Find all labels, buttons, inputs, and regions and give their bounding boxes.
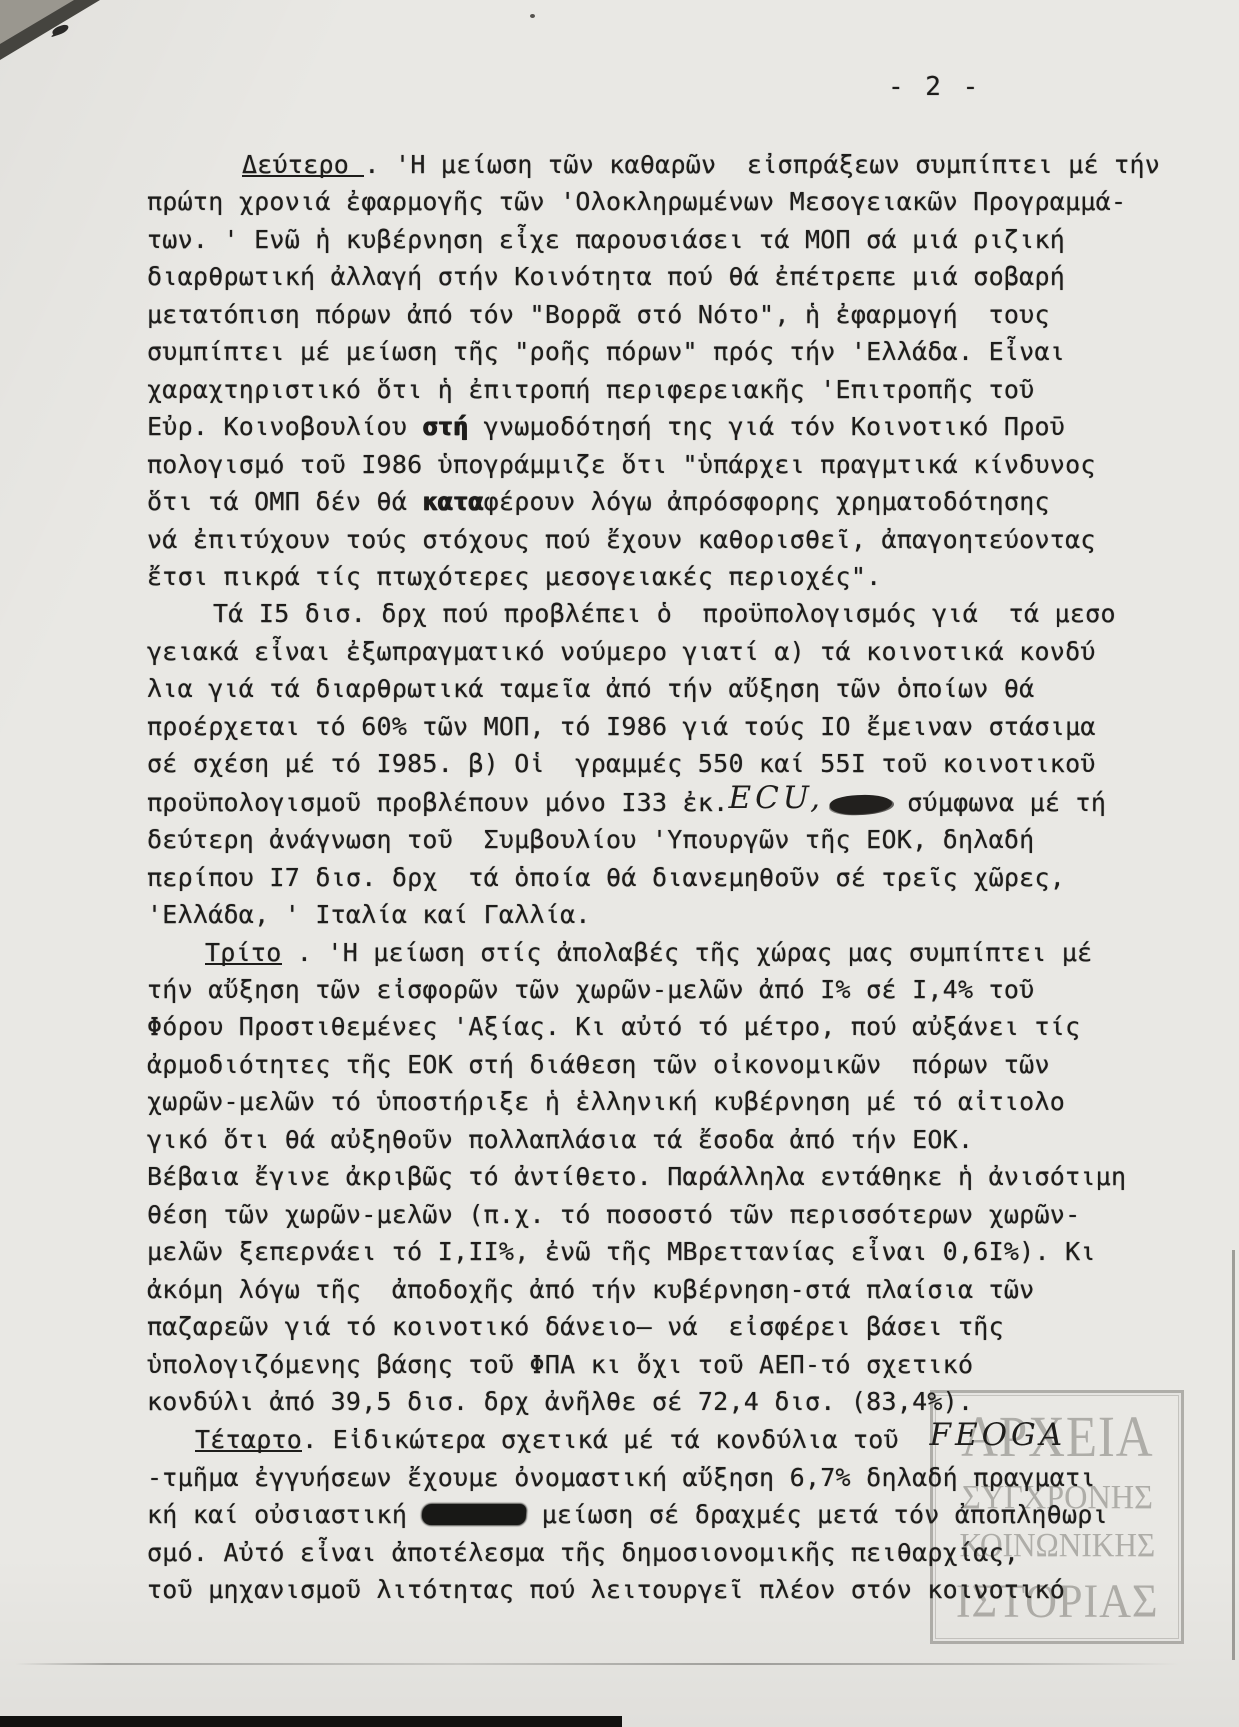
- typewritten-text: γειακά εἶναι ἐξωπραγματικό νούμερο γιατί…: [147, 637, 1096, 666]
- typewritten-text: ἀρμοδιότητες τῆς ΕΟΚ στή διάθεση τῶν οἰκ…: [147, 1050, 1050, 1079]
- overstruck-word: στή: [422, 412, 468, 441]
- typewritten-text: φέρουν λόγω ἀπρόσφορης χρηματοδότησης: [484, 487, 1050, 516]
- underlined-heading-word: Τρίτο: [205, 938, 282, 967]
- typewritten-text: των. ' Ενῶ ἡ κυβέρνηση εἶχε παρουσιάσει …: [147, 225, 1065, 254]
- text-line: σέ σχέση μέ τό Ι985. β) Οἱ γραμμές 550 κ…: [147, 745, 1207, 782]
- typewritten-text: νά ἐπιτύχουν τούς στόχους πού ἔχουν καθο…: [147, 525, 1096, 554]
- handwritten-annotation: FEOGA: [929, 1417, 1066, 1453]
- typewritten-text: Βέβαια ἔγινε ἀκριβῶς τό ἀντίθετο. Παράλλ…: [147, 1162, 1126, 1191]
- typewritten-text: κονδύλι ἀπό 39,5 δισ. δρχ ἀνῆλθε σέ 72,4…: [147, 1387, 973, 1416]
- typewritten-text: δεύτερη ἀνάγνωση τοῦ Συμβουλίου 'Υπουργῶ…: [147, 825, 1034, 854]
- text-line: γικό ὅτι θά αὐξηθοῦν πολλαπλάσια τά ἔσοδ…: [147, 1121, 1207, 1158]
- text-line: πολογισμό τοῦ Ι986 ὑπογράμμιζε ὅτι "ὑπάρ…: [147, 446, 1207, 483]
- typewritten-text: χωρῶν-μελῶν τό ὑποστήριξε ἡ ἑλληνική κυβ…: [147, 1087, 1065, 1116]
- text-line: προϋπολογισμοῦ προβλέπουν μόνο Ι33 ἐκ.EC…: [147, 783, 1207, 821]
- text-line: γειακά εἶναι ἐξωπραγματικό νούμερο γιατί…: [147, 633, 1207, 670]
- typewritten-text: γικό ὅτι θά αὐξηθοῦν πολλαπλάσια τά ἔσοδ…: [147, 1125, 973, 1154]
- typewritten-text: ὅτι τά ΟΜΠ δέν θά: [147, 487, 422, 516]
- typewritten-text: τοῦ μηχανισμοῦ λιτότητας πού λειτουργεῖ …: [147, 1575, 1065, 1604]
- typewritten-text: . Εἰδικώτερα σχετικά μέ τά κονδύλια τοῦ: [302, 1425, 929, 1454]
- typewritten-text: σέ σχέση μέ τό Ι985. β) Οἱ γραμμές 550 κ…: [147, 749, 1096, 778]
- underlined-heading-word: Τέταρτο: [195, 1425, 302, 1454]
- typewritten-text: 'Ελλάδα, ' Ιταλία καί Γαλλία.: [147, 900, 591, 929]
- underlined-heading-word: Δεύτερο: [242, 150, 364, 179]
- text-line: διαρθρωτική ἀλλαγή στήν Κοινότητα πού θά…: [147, 258, 1207, 295]
- scan-edge-bar: [0, 1716, 622, 1727]
- typewritten-text: -τμῆμα ἐγγυήσεων ἔχουμε ὀνομαστική αὔξησ…: [147, 1463, 1096, 1492]
- text-line: ὑπολογιζόμενης βάσης τοῦ ΦΠΑ κι ὄχι τοῦ …: [147, 1346, 1207, 1383]
- text-line: Εὐρ. Κοινοβουλίου στή γνωμοδότησή της γι…: [147, 408, 1207, 445]
- typewritten-text: ἔτσι πικρά τίς πτωχότερες μεσογειακές πε…: [147, 562, 881, 591]
- text-line: 'Ελλάδα, ' Ιταλία καί Γαλλία.: [147, 896, 1207, 933]
- text-line: Τά Ι5 δισ. δρχ πού προβλέπει ὁ προϋπολογ…: [147, 595, 1207, 632]
- text-line: Φόρου Προστιθεμένες 'Αξίας. Κι αὐτό τό μ…: [147, 1008, 1207, 1045]
- text-line: σμό. Αὐτό εἶναι ἀποτέλεσμα τῆς δημοσιονο…: [147, 1534, 1207, 1571]
- typewritten-text: Εὐρ. Κοινοβουλίου: [147, 412, 422, 441]
- typewritten-text: Τά Ι5 δισ. δρχ πού προβλέπει ὁ προϋπολογ…: [213, 599, 1116, 628]
- text-line: μετατόπιση πόρων ἀπό τόν "Βορρᾶ στό Νότο…: [147, 296, 1207, 333]
- typewritten-text: συμπίπτει μέ μείωση τῆς "ροῆς πόρων" πρό…: [147, 337, 1065, 366]
- typewritten-text: μείωση σέ δραχμές μετά τόν ἀποπληθωρι: [526, 1500, 1107, 1529]
- typewritten-text: μετατόπιση πόρων ἀπό τόν "Βορρᾶ στό Νότο…: [147, 300, 1050, 329]
- typewritten-text: θέση τῶν χωρῶν-μελῶν (π.χ. τό ποσοστό τῶ…: [147, 1200, 1080, 1229]
- typewritten-text: Φόρου Προστιθεμένες 'Αξίας. Κι αὐτό τό μ…: [147, 1012, 1080, 1041]
- typewritten-text: χαραχτηριστικό ὅτι ἡ ἐπιτροπή περιφερεια…: [147, 375, 1034, 404]
- text-line: ὅτι τά ΟΜΠ δέν θά καταφέρουν λόγω ἀπρόσφ…: [147, 483, 1207, 520]
- text-line: περίπου Ι7 δισ. δρχ τά ὁποία θά διανεμηθ…: [147, 859, 1207, 896]
- text-line: κονδύλι ἀπό 39,5 δισ. δρχ ἀνῆλθε σέ 72,4…: [147, 1383, 1207, 1420]
- typewritten-text: τήν αὔξηση τῶν εἰσφορῶν τῶν χωρῶν-μελῶν …: [147, 975, 1034, 1004]
- text-line: θέση τῶν χωρῶν-μελῶν (π.χ. τό ποσοστό τῶ…: [147, 1196, 1207, 1233]
- text-line: μελῶν ξεπερνάει τό Ι,ΙΙ%, ἐνῶ τῆς ΜΒρεττ…: [147, 1233, 1207, 1270]
- typewritten-text: μελῶν ξεπερνάει τό Ι,ΙΙ%, ἐνῶ τῆς ΜΒρεττ…: [147, 1237, 1096, 1266]
- text-line: προέρχεται τό 60% τῶν ΜΟΠ, τό Ι986 γιά τ…: [147, 708, 1207, 745]
- text-line: τήν αὔξηση τῶν εἰσφορῶν τῶν χωρῶν-μελῶν …: [147, 971, 1207, 1008]
- ink-scribble-mark: [830, 794, 893, 815]
- text-line: ἀκόμη λόγω τῆς ἀποδοχῆς ἀπό τήν κυβέρνησ…: [147, 1271, 1207, 1308]
- text-block: Δεύτερο . 'Η μείωση τῶν καθαρῶν εἰσπράξε…: [147, 146, 1207, 1609]
- typewritten-text: . 'Η μείωση τῶν καθαρῶν εἰσπράξεων συμπί…: [364, 150, 1160, 179]
- typewritten-text: σμό. Αὐτό εἶναι ἀποτέλεσμα τῆς δημοσιονο…: [147, 1538, 1019, 1567]
- page-edge-line: [1232, 1250, 1235, 1660]
- text-line: Τέταρτο. Εἰδικώτερα σχετικά μέ τά κονδύλ…: [147, 1420, 1207, 1458]
- scanned-document-page: - 2 - ΑΡΧΕΙΑ ΣΥΓΧΡΟΝΗΣ ΚΟΙΝΩΝΙΚΗΣ ΙΣΤΟΡΙ…: [0, 0, 1239, 1727]
- typewritten-text: προϋπολογισμοῦ προβλέπουν μόνο Ι33 ἐκ.: [147, 788, 728, 817]
- text-line: τοῦ μηχανισμοῦ λιτότητας πού λειτουργεῖ …: [147, 1571, 1207, 1608]
- text-line: Τρίτο . 'Η μείωση στίς ἀπολαβές τῆς χώρα…: [147, 934, 1207, 971]
- text-line: συμπίπτει μέ μείωση τῆς "ροῆς πόρων" πρό…: [147, 333, 1207, 370]
- text-line: -τμῆμα ἐγγυήσεων ἔχουμε ὀνομαστική αὔξησ…: [147, 1459, 1207, 1496]
- text-line: λια γιά τά διαρθρωτικά ταμεῖα ἀπό τήν αὔ…: [147, 670, 1207, 707]
- text-line: κή καί οὐσιαστική μείωση σέ δραχμές μετά…: [147, 1496, 1207, 1533]
- overstruck-word: κατα: [422, 487, 483, 516]
- typewritten-text: διαρθρωτική ἀλλαγή στήν Κοινότητα πού θά…: [147, 262, 1065, 291]
- handwritten-annotation: ECU,: [728, 780, 823, 816]
- text-line: των. ' Ενῶ ἡ κυβέρνηση εἶχε παρουσιάσει …: [147, 221, 1207, 258]
- text-line: παζαρεῶν γιά τό κοινοτικό δάνειο— νά εἰσ…: [147, 1308, 1207, 1345]
- typewritten-text: προέρχεται τό 60% τῶν ΜΟΠ, τό Ι986 γιά τ…: [147, 712, 1096, 741]
- scan-speck: [530, 14, 535, 18]
- text-line: ἀρμοδιότητες τῆς ΕΟΚ στή διάθεση τῶν οἰκ…: [147, 1046, 1207, 1083]
- text-line: ἔτσι πικρά τίς πτωχότερες μεσογειακές πε…: [147, 558, 1207, 595]
- text-line: νά ἐπιτύχουν τούς στόχους πού ἔχουν καθο…: [147, 521, 1207, 558]
- typewritten-text: γνωμοδότησή της γιά τόν Κοινοτικό Προῡ: [468, 412, 1065, 441]
- text-line: δεύτερη ἀνάγνωση τοῦ Συμβουλίου 'Υπουργῶ…: [147, 821, 1207, 858]
- typewritten-text: περίπου Ι7 δισ. δρχ τά ὁποία θά διανεμηθ…: [147, 863, 1065, 892]
- typewritten-text: κή καί οὐσιαστική: [147, 1500, 422, 1529]
- text-line: Δεύτερο . 'Η μείωση τῶν καθαρῶν εἰσπράξε…: [147, 146, 1207, 183]
- typewritten-text: ἀκόμη λόγω τῆς ἀποδοχῆς ἀπό τήν κυβέρνησ…: [147, 1275, 1034, 1304]
- faint-scan-line: [15, 1663, 1180, 1665]
- page-corner-fold-highlight: [0, 0, 74, 44]
- text-line: χωρῶν-μελῶν τό ὑποστήριξε ἡ ἑλληνική κυβ…: [147, 1083, 1207, 1120]
- typewritten-text: πρώτη χρονιά ἐφαρμογῆς τῶν 'Ολοκληρωμένω…: [147, 187, 1126, 216]
- typewritten-text: πολογισμό τοῦ Ι986 ὑπογράμμιζε ὅτι "ὑπάρ…: [147, 450, 1096, 479]
- page-number: - 2 -: [888, 72, 981, 102]
- typewritten-text: λια γιά τά διαρθρωτικά ταμεῖα ἀπό τήν αὔ…: [147, 674, 1034, 703]
- text-line: χαραχτηριστικό ὅτι ἡ ἐπιτροπή περιφερεια…: [147, 371, 1207, 408]
- typewritten-text: παζαρεῶν γιά τό κοινοτικό δάνειο— νά εἰσ…: [147, 1312, 1004, 1341]
- text-line: Βέβαια ἔγινε ἀκριβῶς τό ἀντίθετο. Παράλλ…: [147, 1158, 1207, 1195]
- typewritten-text: ὑπολογιζόμενης βάσης τοῦ ΦΠΑ κι ὄχι τοῦ …: [147, 1350, 973, 1379]
- typewritten-text: σύμφωνα μέ τή: [892, 788, 1106, 817]
- overtyped-redaction-mark: [422, 1504, 527, 1525]
- typewritten-text: . 'Η μείωση στίς ἀπολαβές τῆς χώρας μας …: [282, 938, 1093, 967]
- text-line: πρώτη χρονιά ἐφαρμογῆς τῶν 'Ολοκληρωμένω…: [147, 183, 1207, 220]
